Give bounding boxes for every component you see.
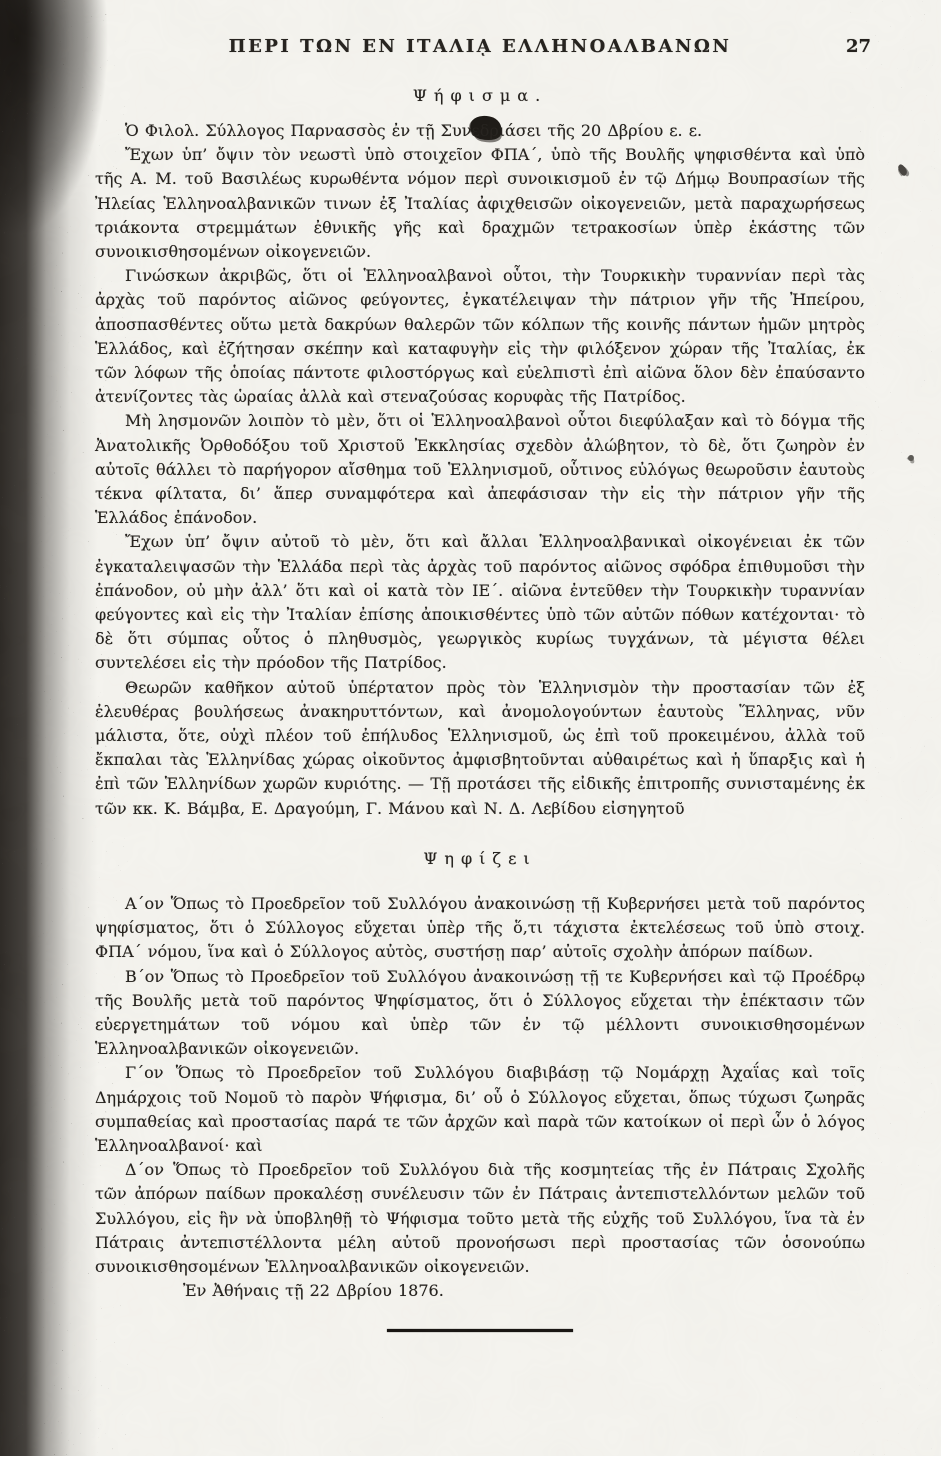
votes-heading: Ψηφίζει [95,849,865,868]
ink-speck [896,163,908,177]
intro-paragraph: Μὴ λησμονῶν λοιπὸν τὸ μὲν, ὅτι οἱ Ἑλληνο… [95,409,865,530]
running-head: ΠΕΡΙ ΤΩΝ ΕΝ ΙΤΑΛΙᾼ ΕΛΛΗΝΟΑΛΒΑΝΩΝ 27 [95,36,865,64]
resolutions-section: Α΄ον Ὅπως τὸ Προεδρεῖον τοῦ Συλλόγου ἀνα… [95,892,865,1303]
intro-paragraph: Γινώσκων ἀκριβῶς, ὅτι οἱ Ἑλληνοαλβανοὶ ο… [95,264,865,409]
resolution-item: Γ΄ον Ὅπως τὸ Προεδρεῖον τοῦ Συλλόγου δια… [95,1061,865,1158]
ink-speck [907,454,914,461]
scanned-book-page: ΠΕΡΙ ΤΩΝ ΕΝ ΙΤΑΛΙᾼ ΕΛΛΗΝΟΑΛΒΑΝΩΝ 27 Ψήφι… [0,0,941,1470]
running-title: ΠΕΡΙ ΤΩΝ ΕΝ ΙΤΑΛΙᾼ ΕΛΛΗΝΟΑΛΒΑΝΩΝ [95,36,865,57]
intro-paragraph: Ἔχων ὑπ’ ὄψιν αὐτοῦ τὸ μὲν, ὅτι καὶ ἄλλα… [95,530,865,675]
intro-paragraph: Ἔχων ὑπ’ ὄψιν τὸν νεωστὶ ὑπὸ στοιχεῖον Φ… [95,143,865,264]
resolution-heading: Ψήφισμα. [95,86,865,105]
intro-section: Ὁ Φιλολ. Σύλλογος Παρνασσὸς ἐν τῇ Συνεδρ… [95,119,865,821]
scan-bottom-edge [0,1456,941,1470]
dateline: Ἐν Ἀθήναις τῇ 22 Δβρίου 1876. [95,1279,865,1303]
resolution-item: Β΄ον Ὅπως τὸ Προεδρεῖον τοῦ Συλλόγου ἀνα… [95,965,865,1062]
page-number: 27 [846,36,871,57]
resolution-item: Α΄ον Ὅπως τὸ Προεδρεῖον τοῦ Συλλόγου ἀνα… [95,892,865,965]
resolution-item: Δ΄ον Ὅπως τὸ Προεδρεῖον τοῦ Συλλόγου διὰ… [95,1158,865,1279]
end-rule [387,1329,573,1332]
intro-paragraph: Ὁ Φιλολ. Σύλλογος Παρνασσὸς ἐν τῇ Συνεδρ… [95,119,865,143]
page-content: ΠΕΡΙ ΤΩΝ ΕΝ ΙΤΑΛΙᾼ ΕΛΛΗΝΟΑΛΒΑΝΩΝ 27 Ψήφι… [95,36,865,1332]
intro-paragraph: Θεωρῶν καθῆκον αὐτοῦ ὑπέρτατον πρὸς τὸν … [95,676,865,821]
